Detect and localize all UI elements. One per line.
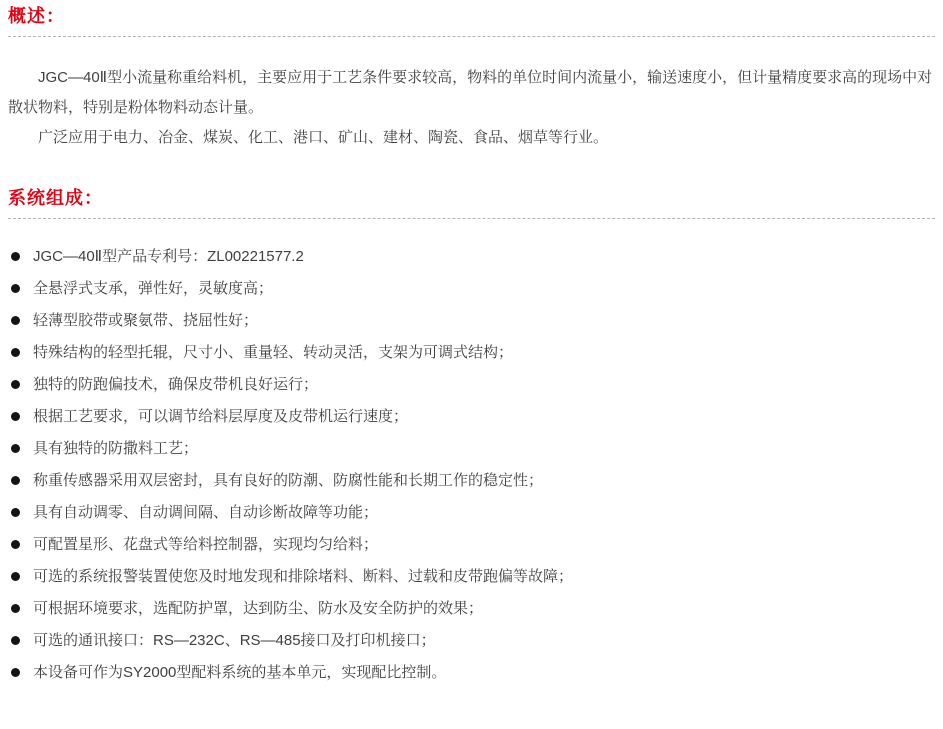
section-divider (8, 36, 935, 37)
feature-text: 独特的防跑偏技术，确保皮带机良好运行； (33, 376, 318, 393)
feature-item: 本设备可作为SY2000型配料系统的基本单元，实现配比控制。 (8, 662, 935, 683)
bullet-icon (11, 252, 20, 261)
feature-text: 可配置星形、花盘式等给料控制器，实现均匀给料； (33, 536, 378, 553)
overview-body: JGC—40Ⅱ型小流量称重给料机，主要应用于工艺条件要求较高，物料的单位时间内流… (8, 63, 935, 153)
feature-item: 可根据环境要求，选配防护罩，达到防尘、防水及安全防护的效果； (8, 598, 935, 619)
feature-item: 称重传感器采用双层密封，具有良好的防潮、防腐性能和长期工作的稳定性； (8, 470, 935, 491)
feature-text: 具有独特的防撒料工艺； (33, 440, 198, 457)
feature-item: 可选的通讯接口：RS—232C、RS—485接口及打印机接口； (8, 630, 935, 651)
overview-paragraph: 广泛应用于电力、冶金、煤炭、化工、港口、矿山、建材、陶瓷、食品、烟草等行业。 (8, 123, 935, 153)
bullet-icon (11, 668, 20, 677)
feature-item: 根据工艺要求，可以调节给料层厚度及皮带机运行速度； (8, 406, 935, 427)
bullet-icon (11, 636, 20, 645)
bullet-icon (11, 380, 20, 389)
system-composition-heading: 系统组成： (8, 187, 935, 209)
bullet-icon (11, 348, 20, 357)
feature-text: 可根据环境要求，选配防护罩，达到防尘、防水及安全防护的效果； (33, 600, 483, 617)
bullet-icon (11, 412, 20, 421)
bullet-icon (11, 444, 20, 453)
feature-item: 特殊结构的轻型托辊，尺寸小、重量轻、转动灵活，支架为可调式结构； (8, 342, 935, 363)
overview-section: 概述： JGC—40Ⅱ型小流量称重给料机，主要应用于工艺条件要求较高，物料的单位… (8, 5, 935, 153)
feature-text: 称重传感器采用双层密封，具有良好的防潮、防腐性能和长期工作的稳定性； (33, 472, 543, 489)
feature-item: 可配置星形、花盘式等给料控制器，实现均匀给料； (8, 534, 935, 555)
feature-item: 独特的防跑偏技术，确保皮带机良好运行； (8, 374, 935, 395)
feature-text: 具有自动调零、自动调间隔、自动诊断故障等功能； (33, 504, 378, 521)
feature-list: JGC—40Ⅱ型产品专利号：ZL00221577.2 全悬浮式支承，弹性好，灵敏… (8, 246, 935, 683)
system-composition-section: 系统组成： JGC—40Ⅱ型产品专利号：ZL00221577.2 全悬浮式支承，… (8, 187, 935, 683)
overview-paragraph: JGC—40Ⅱ型小流量称重给料机，主要应用于工艺条件要求较高，物料的单位时间内流… (8, 63, 935, 123)
feature-text: 全悬浮式支承，弹性好，灵敏度高； (33, 280, 273, 297)
feature-text: 可选的通讯接口：RS—232C、RS—485接口及打印机接口； (33, 632, 436, 649)
feature-text: 本设备可作为SY2000型配料系统的基本单元，实现配比控制。 (33, 664, 446, 681)
bullet-icon (11, 284, 20, 293)
overview-heading: 概述： (8, 5, 935, 27)
product-description-page: 概述： JGC—40Ⅱ型小流量称重给料机，主要应用于工艺条件要求较高，物料的单位… (0, 0, 943, 729)
bullet-icon (11, 572, 20, 581)
bullet-icon (11, 476, 20, 485)
feature-item: 可选的系统报警装置使您及时地发现和排除堵料、断料、过载和皮带跑偏等故障； (8, 566, 935, 587)
feature-text: 可选的系统报警装置使您及时地发现和排除堵料、断料、过载和皮带跑偏等故障； (33, 568, 573, 585)
feature-text: 根据工艺要求，可以调节给料层厚度及皮带机运行速度； (33, 408, 408, 425)
feature-item: 具有自动调零、自动调间隔、自动诊断故障等功能； (8, 502, 935, 523)
bullet-icon (11, 604, 20, 613)
feature-item: 具有独特的防撒料工艺； (8, 438, 935, 459)
feature-text: 轻薄型胶带或聚氨带、挠屈性好； (33, 312, 258, 329)
bullet-icon (11, 316, 20, 325)
feature-text: 特殊结构的轻型托辊，尺寸小、重量轻、转动灵活，支架为可调式结构； (33, 344, 513, 361)
feature-item: 轻薄型胶带或聚氨带、挠屈性好； (8, 310, 935, 331)
bullet-icon (11, 540, 20, 549)
bullet-icon (11, 508, 20, 517)
feature-text: JGC—40Ⅱ型产品专利号：ZL00221577.2 (33, 248, 304, 265)
section-divider (8, 218, 935, 219)
feature-item: 全悬浮式支承，弹性好，灵敏度高； (8, 278, 935, 299)
feature-item: JGC—40Ⅱ型产品专利号：ZL00221577.2 (8, 246, 935, 267)
